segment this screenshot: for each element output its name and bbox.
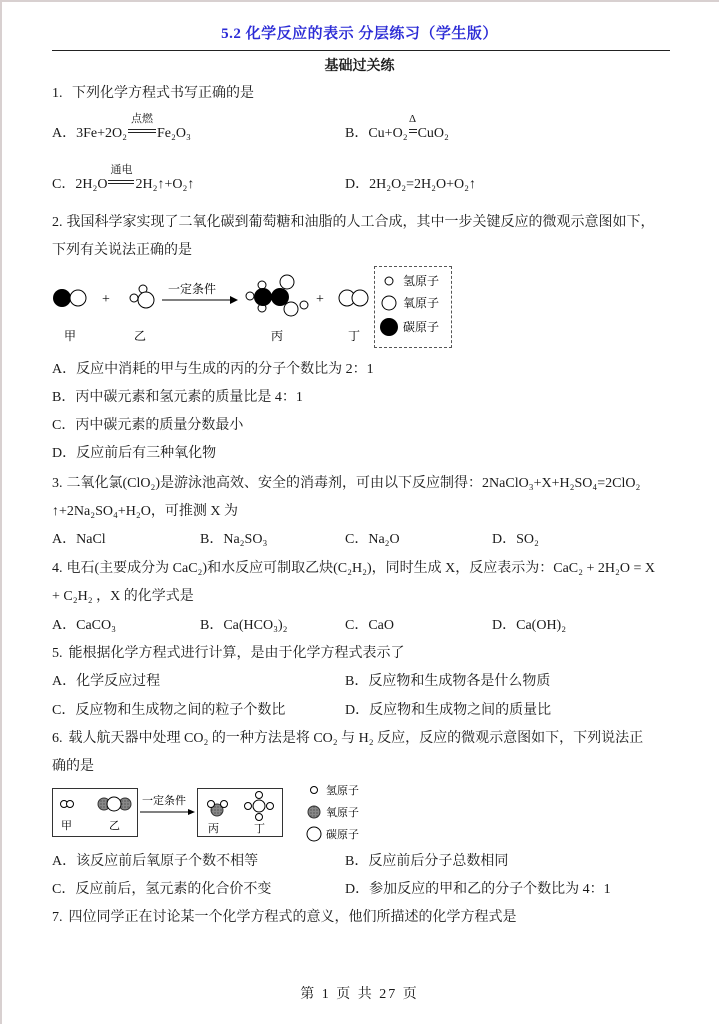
section-heading: 基础过关练 [0,55,719,75]
q5-option-a[interactable]: A．化学反应过程 [52,670,160,690]
svg-text:碳原子: 碳原子 [326,827,359,841]
svg-text:甲: 甲 [64,329,76,343]
question-stem: 下列化学方程式书写正确的是 [72,86,254,101]
q5-option-c[interactable]: C．反应物和生成物之间的粒子个数比 [52,699,285,719]
svg-text:碳原子: 碳原子 [403,319,439,334]
q1-option-c[interactable]: C．2H₂O通电2H₂↑+O₂↑ [52,173,194,193]
svg-text:氧原子: 氧原子 [403,296,439,310]
question-4: 4.电石(主要成分为 CaC₂)和水反应可制取乙炔(C₂H₂)，同时生成 X，反… [52,557,655,577]
reaction-diagram-q2: + 一定条件 + 甲 乙 丙 丁 [50,268,380,348]
reaction-condition: 点燃 [128,126,156,142]
svg-text:氧原子: 氧原子 [326,805,359,819]
q3-option-d[interactable]: D．SO₂ [492,528,539,548]
q2-option-b[interactable]: B．丙中碳元素和氢元素的质量比是 4：1 [52,386,303,406]
q3-option-c[interactable]: C．Na₂O [345,528,400,548]
q1-option-b[interactable]: B．Cu+O₂ΔCuO₂ [345,122,449,142]
svg-text:一定条件: 一定条件 [168,281,216,296]
svg-text:甲: 甲 [61,819,72,832]
q5-option-d[interactable]: D．反应物和生成物之间的质量比 [345,699,551,719]
question-number: 1. [52,86,63,101]
svg-text:一定条件: 一定条件 [142,793,186,807]
question-2-line2: 下列有关说法正确的是 [52,239,192,259]
q4-option-b[interactable]: B．Ca(HCO₃)₂ [200,614,288,634]
q4-option-d[interactable]: D．Ca(OH)₂ [492,614,566,634]
question-1: 1. 下列化学方程式书写正确的是 [52,82,254,102]
svg-text:乙: 乙 [109,819,120,832]
document-title: 5.2 化学反应的表示 分层练习（学生版） [0,22,719,43]
reaction-condition: 通电 [108,177,134,193]
svg-text:+: + [102,292,110,307]
q2-option-d[interactable]: D．反应前后有三种氧化物 [52,442,216,462]
q3-option-b[interactable]: B．Na₂SO₃ [200,528,267,548]
q3-option-a[interactable]: A．NaCl [52,528,106,548]
question-5: 5.能根据化学方程式进行计算，是由于化学方程式表示了 [52,642,405,662]
q6-option-d[interactable]: D．参加反应的甲和乙的分子个数比为 4：1 [345,878,611,898]
question-7: 7.四位同学正在讨论某一个化学方程式的意义，他们所描述的化学方程式是 [52,906,517,926]
q6-option-b[interactable]: B．反应前后分子总数相同 [345,850,508,870]
legend-box-q2: 氢原子 氧原子 碳原子 [374,266,452,348]
header-divider [52,50,670,51]
question-3: 3.二氧化氯(ClO₂)是游泳池高效、安全的消毒剂，可由以下反应制得：2NaCl… [52,472,640,492]
q4-option-a[interactable]: A．CaCO₃ [52,614,116,634]
svg-text:氢原子: 氢原子 [403,274,439,288]
svg-text:乙: 乙 [134,329,146,343]
q4-option-c[interactable]: C．CaO [345,614,394,634]
svg-text:氢原子: 氢原子 [326,783,359,797]
q2-option-a[interactable]: A．反应中消耗的甲与生成的丙的分子个数比为 2：1 [52,358,374,378]
svg-text:丁: 丁 [254,822,265,835]
q1-option-a[interactable]: A．3Fe+2O₂点燃Fe₂O₃ [52,122,191,142]
question-2: 2.我国科学家实现了二氧化碳到葡萄糖和油脂的人工合成，其中一步关键反应的微观示意… [52,211,655,231]
q6-option-c[interactable]: C．反应前后，氢元素的化合价不变 [52,878,271,898]
reaction-diagram-q6: 甲 乙 一定条件 丙 丁 氢原子 氧原子 碳原子 [52,782,382,844]
q1-option-d[interactable]: D．2H₂O₂=2H₂O+O₂↑ [345,173,476,193]
question-6-line2: 确的是 [52,755,94,775]
svg-text:+: + [316,292,324,307]
q6-option-a[interactable]: A．该反应前后氧原子个数不相等 [52,850,258,870]
svg-text:丙: 丙 [271,329,283,343]
question-4-line2: + C₂H₂ ，X 的化学式是 [52,585,194,605]
q5-option-b[interactable]: B．反应物和生成物各是什么物质 [345,670,550,690]
page-number-footer: 第 1 页 共 27 页 [0,983,719,1003]
svg-text:丙: 丙 [208,822,219,835]
question-3-line2: ↑+2Na₂SO₄+H₂O，可推测 X 为 [52,500,238,520]
reaction-condition: Δ [409,126,417,142]
question-6: 6.载人航天器中处理 CO₂ 的一种方法是将 CO₂ 与 H₂ 反应，反应的微观… [52,727,643,747]
svg-text:丁: 丁 [348,329,360,343]
q2-option-c[interactable]: C．丙中碳元素的质量分数最小 [52,414,243,434]
